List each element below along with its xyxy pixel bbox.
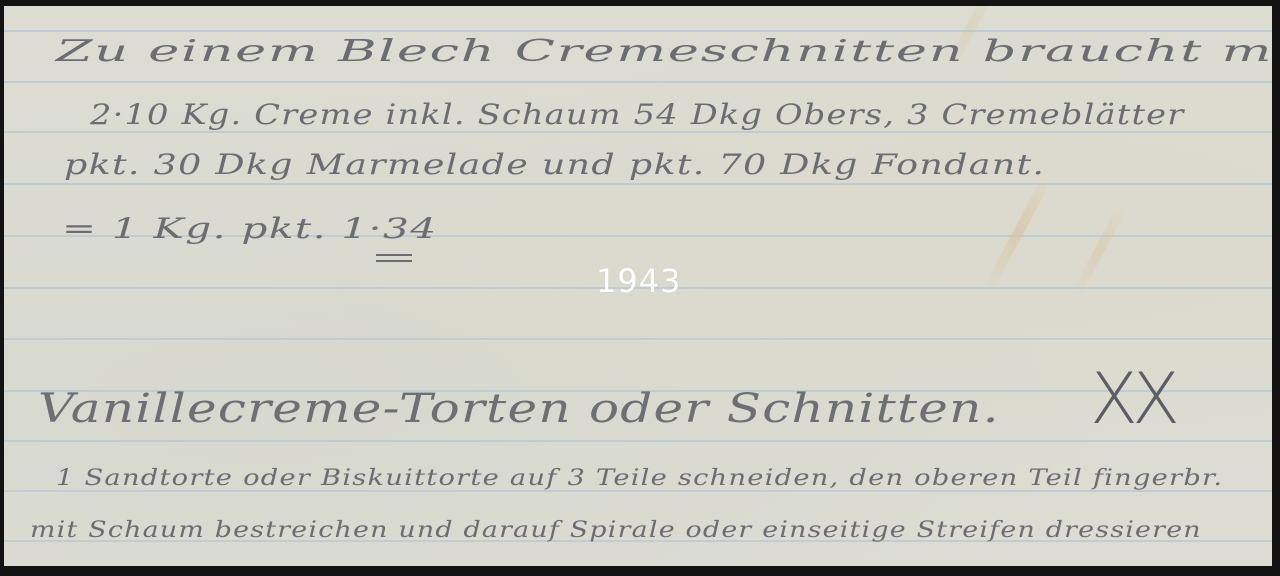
ruled-line: [4, 338, 1272, 340]
image-viewer-frame: Zu einem Blech Cremeschnitten braucht ma…: [0, 0, 1280, 576]
year-overlay-label: 1943: [596, 262, 681, 300]
manuscript-line-1: Zu einem Blech Cremeschnitten braucht ma…: [56, 34, 1272, 69]
total-double-underline: [376, 260, 412, 262]
ruled-line: [4, 30, 1272, 32]
recipe-body-line-1: 1 Sandtorte oder Biskuittorte auf 3 Teil…: [56, 466, 1223, 491]
heading-cross-mark: XX: [1090, 358, 1174, 440]
manuscript-total-line: = 1 Kg. pkt. 1·34: [62, 212, 438, 245]
ruled-line: [4, 183, 1272, 185]
ruled-line: [4, 440, 1272, 442]
manuscript-line-3: pkt. 30 Dkg Marmelade und pkt. 70 Dkg Fo…: [64, 148, 1045, 181]
manuscript-line-2: 2·10 Kg. Creme inkl. Schaum 54 Dkg Obers…: [90, 98, 1185, 131]
ruled-line: [4, 81, 1272, 83]
total-double-underline: [376, 254, 412, 256]
recipe-body-line-2: mit Schaum bestreichen und darauf Spiral…: [30, 518, 1202, 543]
paper-stain: [984, 171, 1054, 290]
recipe-heading: Vanillecreme-Torten oder Schnitten.: [38, 386, 1000, 432]
ruled-line: [4, 131, 1272, 133]
